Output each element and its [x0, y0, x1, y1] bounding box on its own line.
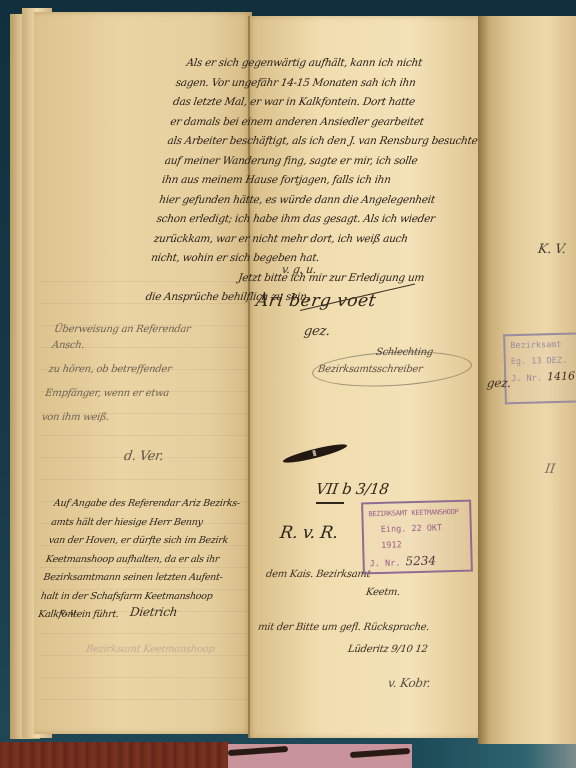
letter-line: auf meiner Wanderung fing, sagte er mir,… — [163, 152, 484, 172]
stamp-journal: J. Nr. 5234 — [369, 552, 465, 573]
right-page-mark: gez. — [486, 374, 512, 394]
stamp-date: Eg. 13 DEZ. — [511, 352, 576, 370]
right-receipt-stamp: Bezirksamt Eg. 13 DEZ. J. Nr. 1416 — [503, 332, 576, 405]
letter-line: als Arbeiter beschäftigt, als ich den J.… — [166, 132, 487, 152]
signature-name: Ari berg voet — [255, 292, 378, 312]
note-signature: d. Ver. — [123, 447, 165, 467]
faint-stamp-text: Bezirksamt Keetmanshoop — [85, 640, 216, 660]
destination-line: dem Kais. Bezirksamt — [265, 566, 372, 583]
rr-notation: R. v. R. — [279, 524, 340, 544]
note-line: zu hören, ob betreffender — [47, 358, 187, 382]
stamp-office: BEZIRKSAMT KEETMANSHOOP — [368, 504, 464, 523]
left-pencil-note: Überweisung an Referendar Ansch. zu höre… — [40, 318, 192, 430]
signoff: v. g. u. — [281, 260, 318, 280]
memo-abbrev: v. u. — [59, 603, 81, 623]
note-line: Empfänger, wenn er etwa — [44, 382, 184, 406]
stamp-journal-number: 1416 — [547, 369, 575, 383]
stamp-journal-number: 5234 — [405, 554, 436, 569]
wooden-desk — [0, 742, 230, 768]
memo-line: van der Hoven, er dürfte sich im Bezirk — [47, 532, 235, 551]
memo-line: Auf Angabe des Referendar Ariz Bezirks- — [53, 495, 241, 514]
memo-signature: Dietrich — [129, 603, 179, 623]
receipt-stamp: BEZIRKSAMT KEETMANSHOOP Eing. 22 OKT 191… — [361, 500, 473, 575]
return-instruction: mit der Bitte um gefl. Rücksprache. — [257, 618, 431, 638]
memo-line: Keetmanshoop aufhalten, da er als ihr — [45, 551, 233, 570]
stamp-date: Eing. 22 OKT 1912 — [369, 520, 466, 555]
place-date: Lüderitz 9/10 12 — [347, 640, 429, 660]
letter-line: sagen. Vor ungefähr 14-15 Monaten sah ic… — [174, 74, 495, 94]
file-reference-underline — [316, 502, 344, 504]
stamp-journal-label: J. Nr. — [511, 373, 542, 384]
letter-line: schon erledigt; ich habe ihm das gesagt.… — [155, 210, 476, 230]
letter-line: ihn aus meinem Hause fortjagen, falls ic… — [161, 171, 482, 191]
letter-line: Als er sich gegenwärtig aufhält, kann ic… — [177, 54, 498, 74]
file-reference: VII b 3/18 — [315, 480, 390, 500]
letter-line: das letzte Mal, er war in Kalkfontein. D… — [172, 93, 493, 113]
stamp-journal: J. Nr. 1416 — [511, 368, 576, 387]
destination-line-2: Keetm. — [365, 583, 402, 603]
right-page-mark: K. V. — [537, 240, 567, 260]
memo-line: Bezirksamtmann seinen letzten Aufent- — [42, 569, 230, 588]
stamp-office: Bezirksamt — [510, 336, 576, 354]
note-line: von ihm weiß. — [40, 406, 180, 430]
letter-line: zurückkam, war er nicht mehr dort, ich w… — [152, 230, 473, 250]
clerk-title: Bezirksamtsschreiber — [317, 360, 424, 380]
letter-line: er damals bei einem anderen Ansiedler ge… — [169, 113, 490, 133]
memo-line: amts hält der hiesige Herr Benny — [50, 514, 238, 533]
stamp-journal-label: J. Nr. — [370, 558, 401, 569]
initials: v. Kobr. — [387, 674, 432, 694]
letter-line: hier gefunden hätte, es würde dann die A… — [158, 191, 479, 211]
main-letter-body: Als er sich gegenwärtig aufhält, kann ic… — [144, 54, 498, 308]
signature-gez: gez. — [303, 322, 332, 342]
